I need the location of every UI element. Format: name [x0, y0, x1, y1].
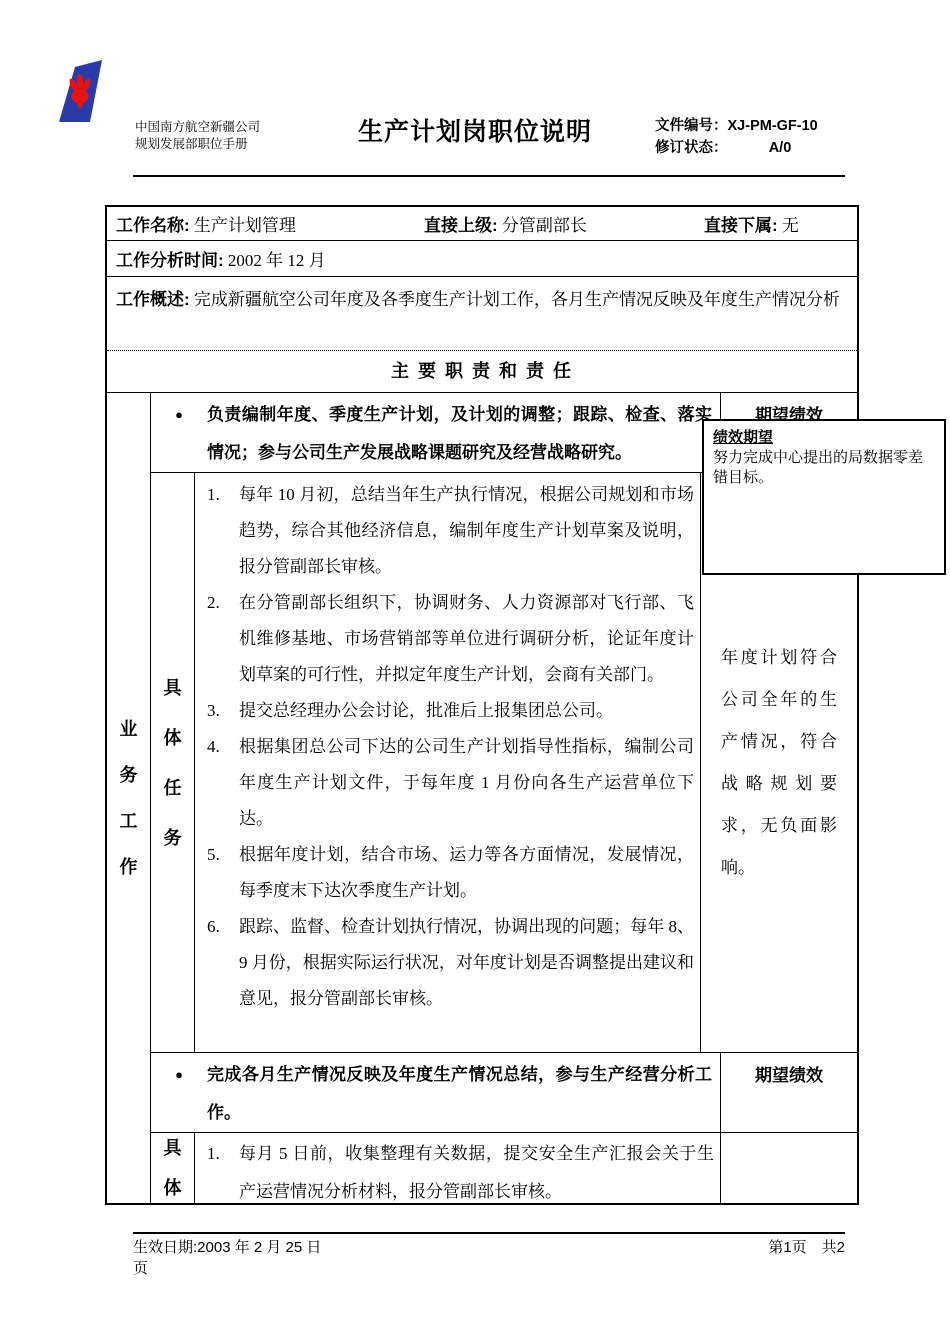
- document-page: 中国南方航空新疆公司 规划发展部职位手册 生产计划岗职位说明 文件编号：XJ-P…: [0, 0, 950, 1344]
- task-number: 4.: [207, 729, 239, 837]
- category-column: 业务工作: [107, 393, 151, 1203]
- task-number: 3.: [207, 693, 239, 729]
- duty-bullet-1-cell: ● 负责编制年度、季度生产计划，及计划的调整；跟踪、检查、落实情况；参与公司生产…: [151, 393, 720, 472]
- task-text: 跟踪、监督、检查计划执行情况，协调出现的问题；每年 8、9 月份，根据实际运行状…: [239, 909, 694, 1017]
- job-basic-info-row: 工作名称: 生产计划管理 直接上级: 分管副部长 直接下属: 无: [107, 207, 857, 240]
- job-summary-paragraph: 工作概述: 完成新疆航空公司年度及各季度生产计划工作，各月生产情况反映及年度生产…: [116, 281, 847, 318]
- task-text: 根据年度计划，结合市场、运力等各方面情况，发展情况，每季度末下达次季度生产计划。: [239, 837, 694, 909]
- subordinates-label: 直接下属:: [704, 216, 778, 235]
- callout-title: 绩效期望: [713, 426, 935, 447]
- task2-row: 具体 1.每月 5 日前，收集整理有关数据，提交安全生产汇报会关于生产运营情况分…: [151, 1133, 857, 1203]
- task-item: 1.每月 5 日前，收集整理有关数据，提交安全生产汇报会关于生产运营情况分析材料…: [207, 1135, 714, 1203]
- reports-to-label: 直接上级:: [424, 216, 498, 235]
- bullet-icon: ●: [151, 396, 207, 472]
- expectation-header-cell-2: 期望绩效: [720, 1053, 857, 1132]
- file-number-value: XJ-PM-GF-10: [728, 118, 818, 134]
- task-number: 6.: [207, 909, 239, 1017]
- task-number: 1.: [207, 1135, 239, 1203]
- analysis-date-label: 工作分析时间:: [116, 246, 224, 271]
- revision-value: A/0: [728, 138, 833, 160]
- expectation-header-2: 期望绩效: [721, 1053, 857, 1086]
- category-label-vertical: 业务工作: [119, 706, 139, 890]
- footer-wrap-char: 页: [133, 1257, 845, 1278]
- duty-bullet-2-cell: ● 完成各月生产情况反映及年度生产情况总结，参与生产经营分析工作。: [151, 1053, 720, 1132]
- task-item: 3.提交总经理办公会讨论，批准后上报集团总公司。: [207, 693, 694, 729]
- subordinates-value: 无: [782, 216, 799, 235]
- sub-label-2-vertical: 具体: [163, 1128, 183, 1208]
- sub-label-1-vertical: 具体任务: [163, 663, 183, 863]
- job-summary-row: 工作概述: 完成新疆航空公司年度及各季度生产计划工作，各月生产情况反映及年度生产…: [107, 276, 857, 350]
- performance-expectation-callout: 绩效期望 努力完成中心提出的局数据零差错目标。: [702, 419, 946, 575]
- reports-to-value: 分管副部长: [502, 216, 587, 235]
- sub-label-column-1: 具体任务: [151, 473, 195, 1052]
- section-title-row: 主 要 职 责 和 责 任: [107, 350, 857, 392]
- file-number-row: 文件编号：XJ-PM-GF-10: [655, 116, 833, 138]
- tasks-list: 1.每年 10 月初，总结当年生产执行情况，根据公司规划和市场趋势，综合其他经济…: [195, 473, 700, 1052]
- analysis-date-row: 工作分析时间: 2002 年 12 月: [107, 240, 857, 276]
- expectation-empty-cell: [720, 1133, 857, 1203]
- job-summary-label: 工作概述:: [116, 290, 190, 309]
- task-number: 1.: [207, 477, 239, 585]
- revision-label: 修订状态：: [655, 140, 728, 156]
- reports-to-cell: 直接上级: 分管副部长: [424, 211, 704, 236]
- footer-line-1: 生效日期:2003 年 2 月 25 日 第1页 共2: [133, 1236, 845, 1257]
- task-item: 1.每年 10 月初，总结当年生产执行情况，根据公司规划和市场趋势，综合其他经济…: [207, 477, 694, 585]
- sub-label-column-2: 具体: [151, 1133, 195, 1203]
- page-number: 第1页 共2: [768, 1236, 845, 1257]
- task2-list: 1.每月 5 日前，收集整理有关数据，提交安全生产汇报会关于生产运营情况分析材料…: [195, 1133, 720, 1203]
- task-text: 提交总经理办公会讨论，批准后上报集团总公司。: [239, 693, 694, 729]
- task-item: 4.根据集团总公司下达的公司生产计划指导性指标，编制公司年度生产计划文件，于每年…: [207, 729, 694, 837]
- job-name-cell: 工作名称: 生产计划管理: [116, 211, 424, 236]
- task-text: 每年 10 月初，总结当年生产执行情况，根据公司规划和市场趋势，综合其他经济信息…: [239, 477, 694, 585]
- subordinates-cell: 直接下属: 无: [704, 211, 799, 236]
- position-description-table: 工作名称: 生产计划管理 直接上级: 分管副部长 直接下属: 无 工作分析时间:…: [105, 205, 859, 1205]
- effective-date: 生效日期:2003 年 2 月 25 日: [133, 1236, 321, 1257]
- bullet-icon: ●: [151, 1056, 207, 1132]
- callout-body: 努力完成中心提出的局数据零差错目标。: [713, 448, 935, 489]
- job-name-value: 生产计划管理: [194, 216, 296, 235]
- job-name-label: 工作名称:: [116, 216, 190, 235]
- job-summary-text: 完成新疆航空公司年度及各季度生产计划工作，各月生产情况反映及年度生产情况分析: [194, 290, 840, 309]
- task-item: 6.跟踪、监督、检查计划执行情况，协调出现的问题；每年 8、9 月份，根据实际运…: [207, 909, 694, 1017]
- task-number: 5.: [207, 837, 239, 909]
- duty-bullet-2-text: 完成各月生产情况反映及年度生产情况总结，参与生产经营分析工作。: [207, 1056, 720, 1132]
- duty-bullet-row-2: ● 完成各月生产情况反映及年度生产情况总结，参与生产经营分析工作。 期望绩效: [151, 1053, 857, 1133]
- task-number: 2.: [207, 585, 239, 693]
- task-item: 2.在分管副部长组织下，协调财务、人力资源部对飞行部、飞机维修基地、市场营销部等…: [207, 585, 694, 693]
- doc-meta: 文件编号：XJ-PM-GF-10 修订状态：A/0: [655, 116, 833, 160]
- task-text: 每月 5 日前，收集整理有关数据，提交安全生产汇报会关于生产运营情况分析材料，报…: [239, 1135, 714, 1203]
- duty-bullet-1-text: 负责编制年度、季度生产计划，及计划的调整；跟踪、检查、落实情况；参与公司生产发展…: [207, 396, 720, 472]
- analysis-date-value: 2002 年 12 月: [228, 246, 326, 271]
- expectation-note-text: 年度计划符合公司全年的生产情况，符合战略规划要求，无负面影响。: [721, 637, 837, 889]
- file-number-label: 文件编号：: [655, 118, 728, 134]
- task-text: 在分管副部长组织下，协调财务、人力资源部对飞行部、飞机维修基地、市场营销部等单位…: [239, 585, 694, 693]
- revision-row: 修订状态：A/0: [655, 138, 833, 160]
- header-divider: [133, 175, 845, 177]
- task-text: 根据集团总公司下达的公司生产计划指导性指标，编制公司年度生产计划文件，于每年度 …: [239, 729, 694, 837]
- task-item: 5.根据年度计划，结合市场、运力等各方面情况，发展情况，每季度末下达次季度生产计…: [207, 837, 694, 909]
- page-footer: 生效日期:2003 年 2 月 25 日 第1页 共2 页: [133, 1236, 845, 1278]
- footer-divider: [133, 1232, 845, 1234]
